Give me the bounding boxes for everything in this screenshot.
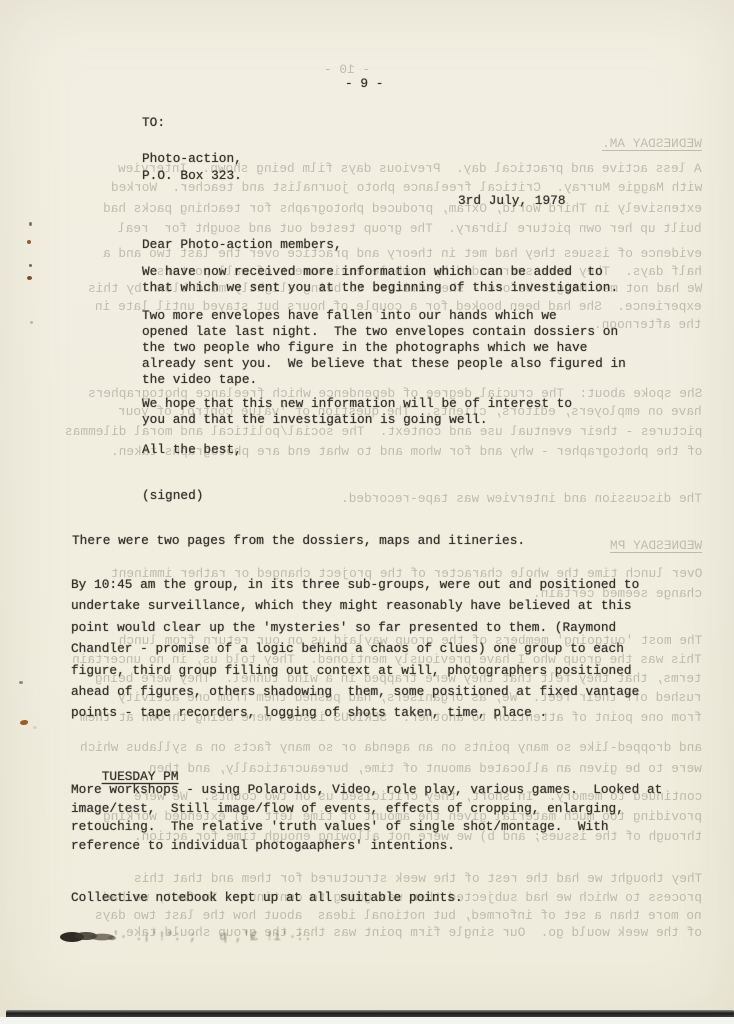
smudged-text: '· .¡'!*: ; q ,'£ !i'·:. (112, 929, 312, 944)
margin-speck (20, 720, 28, 725)
bleedthrough-line: The discussion and interview was tape-re… (341, 491, 702, 507)
closing: All the best, (142, 441, 242, 458)
bleedthrough-line: extensively in Third World, Oxfam, produ… (103, 201, 702, 217)
letter-paragraph-1: We have now received more information wh… (142, 264, 618, 296)
letter-paragraph-2: Two more envelopes have fallen into our … (142, 308, 626, 388)
bleedthrough-line: were to be given an allocated amount of … (149, 761, 702, 777)
narration-surveillance-paragraph: By 10:45 am the group, in its three sub-… (71, 574, 639, 724)
scanned-letter-page: - 10 -WEDNESDAY AM.A less active and pra… (0, 0, 734, 1024)
scan-edge-strip (6, 1010, 734, 1017)
recipient-address: Photo-action, P.O. Box 323. (142, 150, 242, 184)
signed-placeholder: (signed) (142, 487, 203, 504)
narration-notebook-line: Collective notebook kept up at all suita… (71, 889, 463, 906)
margin-speck (27, 240, 31, 244)
margin-speck (29, 222, 32, 226)
page-number: - 9 - (345, 75, 383, 92)
bleedthrough-line: built up her own picture library. The gr… (118, 221, 702, 237)
narration-dossiers-line: There were two pages from the dossiers, … (72, 532, 525, 549)
letter-paragraph-3: We hope that this new information will b… (142, 396, 572, 428)
scan-background (0, 1017, 734, 1024)
bleedthrough-line: WEDNESDAY AM. (602, 136, 702, 152)
margin-speck (19, 681, 23, 684)
margin-speck (29, 264, 32, 267)
bleedthrough-line: WEDNESDAY PM (610, 538, 702, 554)
narration-tuesday-paragraph: More workshops - using Polaroids, Video,… (71, 781, 662, 856)
salutation: Dear Photo-action members, (142, 236, 342, 253)
margin-speck (27, 276, 32, 280)
ink-blob (60, 929, 116, 945)
margin-speck (30, 321, 33, 324)
bleedthrough-line: no more than a set of informed, but noti… (95, 908, 702, 924)
letter-date: 3rd July, 1978 (458, 192, 566, 209)
margin-speck (33, 726, 37, 729)
to-label: TO: (142, 114, 165, 131)
bleedthrough-line: They thought we had the rest of the week… (134, 871, 702, 887)
